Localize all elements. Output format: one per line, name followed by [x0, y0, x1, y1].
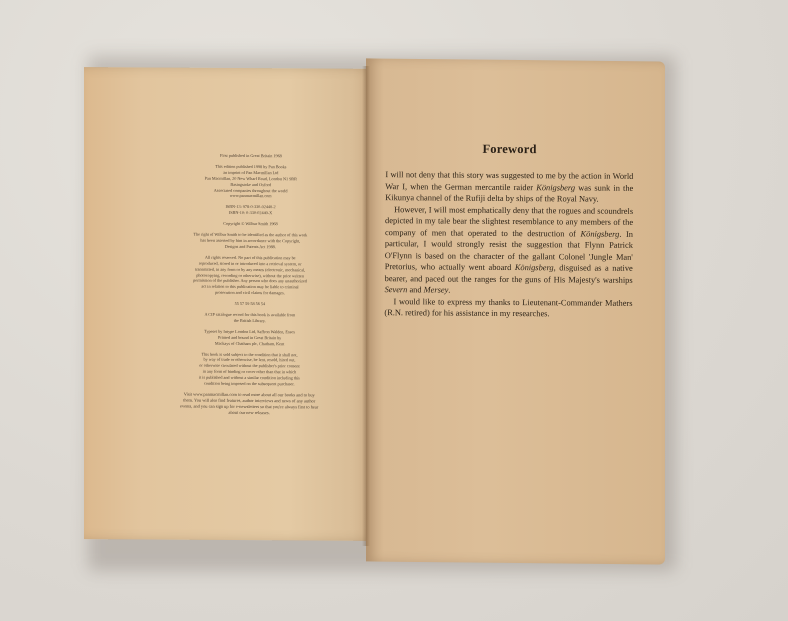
text-run: and: [407, 285, 423, 294]
ship-name: Königsberg: [515, 263, 554, 272]
author-rights-block: The right of Wilbur Smith to be identifi…: [150, 231, 350, 250]
ship-name: Severn: [385, 285, 408, 294]
text-line: 55 57 59 58 56 54: [150, 300, 350, 307]
text-line: the British Library.: [150, 317, 350, 324]
cip-block: A CIP catalogue record for this book is …: [150, 311, 350, 324]
text-line: about our new releases.: [149, 409, 349, 416]
text-line: Copyright © Wilbur Smith 1968: [150, 220, 350, 227]
text-line: prosecution and civil claims for damages…: [150, 290, 350, 297]
ship-name: Königsberg: [581, 229, 620, 238]
sale-condition-block: This book is sold subject to the conditi…: [149, 351, 349, 388]
copyright-text: First published in Great Britain 1968 Th…: [149, 152, 351, 421]
text-line: Designs and Patents Act 1988.: [150, 243, 350, 250]
foreword-paragraph-2: However, I will most emphatically deny t…: [385, 204, 634, 298]
foreword-title: Foreword: [386, 141, 634, 158]
foreword-section: Foreword I will not deny that this story…: [384, 141, 633, 320]
website-block: Visit www.panmacmillan.com to read more …: [149, 391, 349, 416]
text-run: .: [448, 286, 450, 295]
book-gutter: [362, 66, 370, 546]
copyright-notice: Copyright © Wilbur Smith 1968: [150, 220, 350, 227]
foreword-paragraph-1: I will not deny that this story was sugg…: [385, 169, 633, 205]
text-line: condition being imposed on the subsequen…: [149, 380, 349, 387]
ship-name: Mersey: [424, 285, 449, 294]
text-line: ISBN-10: 0-330-02440-X: [150, 210, 350, 217]
ship-name: Königsberg: [536, 183, 575, 192]
printer-block: Typeset by Intype London Ltd, Saffron Wa…: [150, 328, 350, 347]
text-line: www.panmacmillan.com: [151, 193, 351, 200]
foreword-paragraph-3: I would like to express my thanks to Lie…: [384, 296, 632, 321]
isbn-block: ISBN-13: 978-0-330-02440-2 ISBN-10: 0-33…: [150, 204, 350, 217]
print-line: 55 57 59 58 56 54: [150, 300, 350, 307]
publisher-block: This edition published 1998 by Pan Books…: [151, 163, 351, 200]
text-line: First published in Great Britain 1968: [151, 152, 351, 159]
first-published-block: First published in Great Britain 1968: [151, 152, 351, 159]
rights-reserved-block: All rights reserved. No part of this pub…: [150, 254, 350, 297]
text-run: I would like to express my thanks to Lie…: [384, 297, 632, 319]
text-line: Mackays of Chatham plc, Chatham, Kent: [150, 340, 350, 347]
